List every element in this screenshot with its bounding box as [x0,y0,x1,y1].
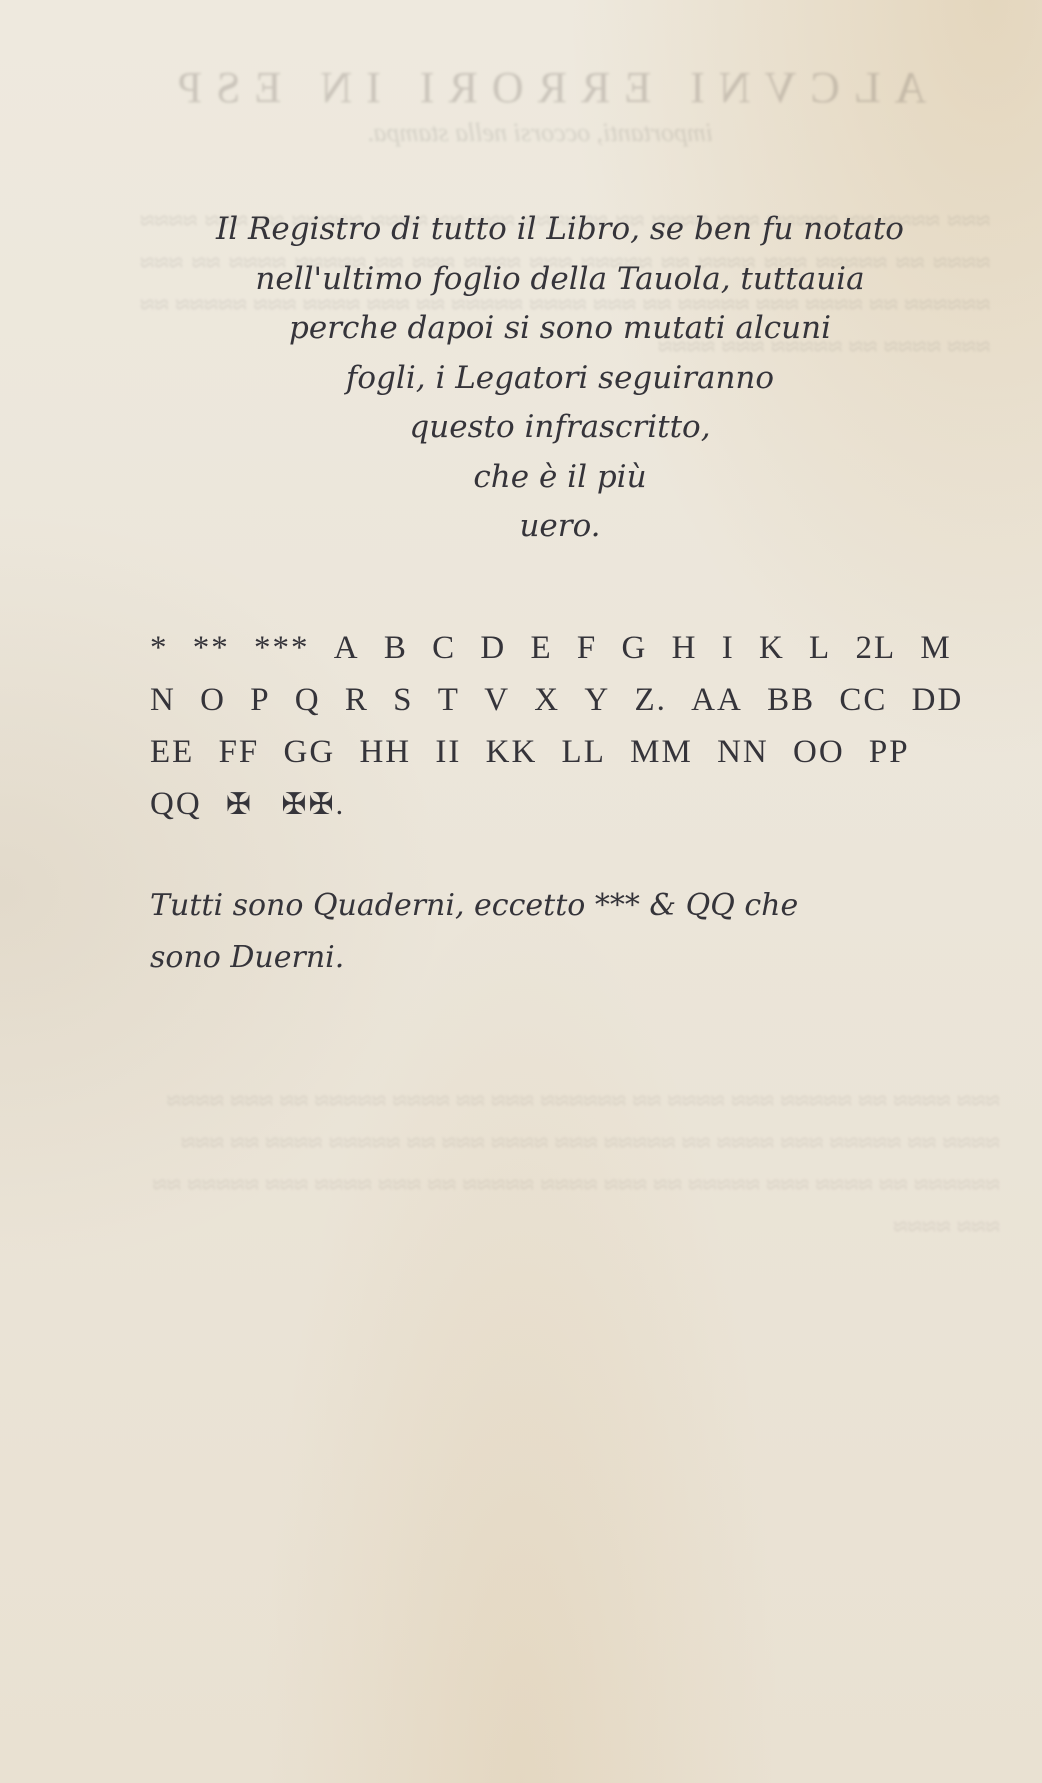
register-line: * ** *** A B C D E F G H I K L 2L M [150,622,990,674]
signature: OO [793,726,845,778]
signature: KK [486,726,538,778]
intro-line: fogli, i Legatori seguiranno [160,354,960,404]
signature: * [150,622,169,674]
signature: C [432,622,456,674]
signature: LL [562,726,606,778]
signature: Z. [634,674,666,726]
signature: I [722,622,735,674]
intro-line: che è il più [160,453,960,503]
signature: DD [912,674,964,726]
signature: O [200,674,226,726]
signature: MM [630,726,693,778]
signature: ** [193,622,230,674]
signature: A [334,622,360,674]
signature: QQ [150,778,202,830]
bleed-through-texture-lower: ≈≈≈ ≈≈≈≈ ≈≈ ≈≈≈≈≈ ≈≈≈ ≈≈≈≈ ≈≈ ≈≈≈≈≈≈ ≈≈≈… [150,1080,1000,1248]
signature: L [809,622,831,674]
intro-line: nell'ultimo foglio della Tauola, tuttaui… [160,255,960,305]
signature: BB [767,674,815,726]
signature: CC [839,674,887,726]
signature: GG [284,726,336,778]
signature: F [577,622,597,674]
signature: E [530,622,552,674]
cross-pattee-icon: ✠ [226,779,253,831]
signature: T [438,674,460,726]
signature: AA [691,674,743,726]
signature: K [759,622,785,674]
signature: *** [254,622,310,674]
note-line: Tutti sono Quaderni, eccetto *** & QQ ch… [150,880,1000,932]
signature: V [484,674,510,726]
double-cross-pattee-icon: ✠✠. [281,779,345,831]
register-of-signatures: * ** *** A B C D E F G H I K L 2L M N O … [150,622,990,831]
book-page: ALCVNI ERRORI IN ESP importanti, occorsi… [0,0,1042,1783]
signature: 2L [855,622,896,674]
signature: Q [295,674,321,726]
signature: M [920,622,951,674]
signature: S [393,674,413,726]
signature: Y [584,674,610,726]
signature: NN [717,726,769,778]
intro-line: perche dapoi si sono mutati alcuni [160,304,960,354]
signature: P [250,674,270,726]
register-introduction: Il Registro di tutto il Libro, se ben fu… [160,205,960,552]
bleed-through-subheader: importanti, occorsi nella stampa. [260,118,820,148]
bleed-through-header: ALCVNI ERRORI IN ESP [130,62,960,113]
signature: II [435,726,461,778]
signature: R [345,674,369,726]
intro-line: Il Registro di tutto il Libro, se ben fu… [160,205,960,255]
register-line: QQ ✠ ✠✠. [150,778,990,831]
signature: FF [219,726,260,778]
register-line: N O P Q R S T V X Y Z. AA BB CC DD [150,674,990,726]
intro-line: questo infrascritto, [160,403,960,453]
note-line: sono Duerni. [150,932,1000,984]
gathering-note: Tutti sono Quaderni, eccetto *** & QQ ch… [150,880,1000,984]
signature: G [622,622,648,674]
signature: HH [359,726,411,778]
signature: EE [150,726,194,778]
signature: PP [869,726,910,778]
intro-line: uero. [160,502,960,552]
signature: B [384,622,408,674]
register-line: EE FF GG HH II KK LL MM NN OO PP [150,726,990,778]
signature: D [480,622,506,674]
signature: H [672,622,698,674]
signature: X [534,674,560,726]
signature: N [150,674,176,726]
